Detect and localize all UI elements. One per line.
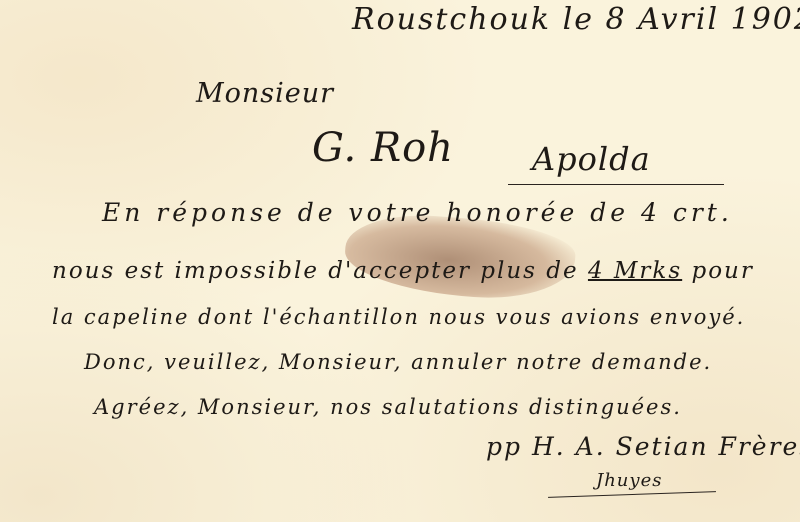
body-line-4: Donc, veuillez, Monsieur, annuler notre … <box>84 350 712 374</box>
body-line-1: En réponse de votre honorée de 4 crt. <box>102 198 733 227</box>
city-underline <box>508 184 724 185</box>
body-line-2: nous est impossible d'accepter plus de 4… <box>52 258 754 284</box>
salutation: Monsieur <box>196 78 334 109</box>
addressee-city: Apolda <box>532 140 651 178</box>
letter-page: Roustchouk le 8 Avril 1902 Monsieur G. R… <box>0 0 800 522</box>
signature-firm: pp H. A. Setian Frères <box>486 432 800 461</box>
signature-signer: Jhuyes <box>596 470 662 491</box>
body-line-2-start: nous est impossible d'accepter plus de <box>52 258 588 284</box>
place-date-header: Roustchouk le 8 Avril 1902 <box>352 2 800 37</box>
body-line-3: la capeline dont l'échantillon nous vous… <box>52 305 745 329</box>
closing-line: Agréez, Monsieur, nos salutations distin… <box>94 395 682 419</box>
addressee-name: G. Roh <box>312 125 454 171</box>
price-amount: 4 Mrks <box>588 258 682 284</box>
signature-flourish <box>548 491 716 498</box>
body-line-2-end: pour <box>682 258 754 284</box>
